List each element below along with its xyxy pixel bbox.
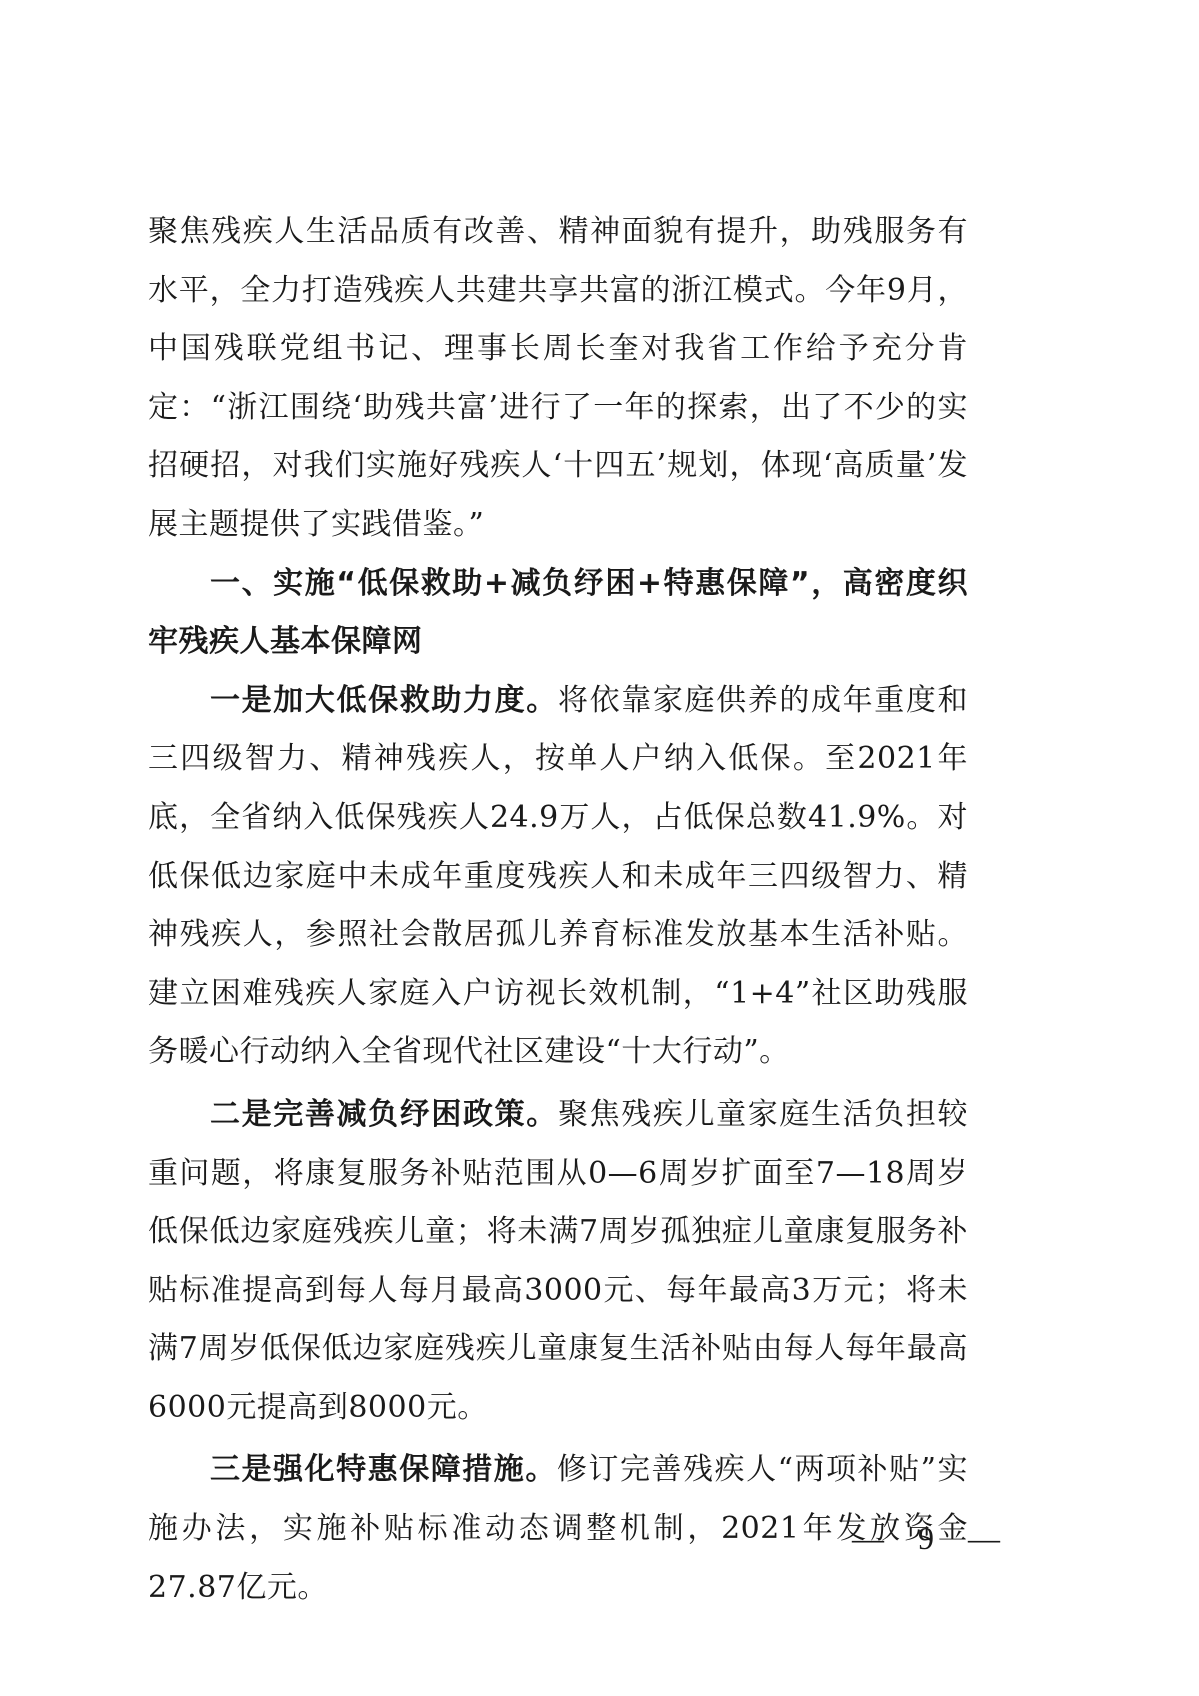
- item-paragraph-2: 二是完善减负纾困政策。聚焦残疾儿童家庭生活负担较重问题，将康复服务补贴范围从0—…: [148, 1086, 968, 1438]
- item-paragraph-3: 三是强化特惠保障措施。修订完善残疾人“两项补贴”实施办法，实施补贴标准动态调整机…: [148, 1441, 968, 1617]
- item-paragraph-1: 一是加大低保救助力度。将依靠家庭供养的成年重度和三四级智力、精神残疾人，按单人户…: [148, 672, 968, 1082]
- section-heading: 一、实施“低保救助+减负纾困+特惠保障”，高密度织牢残疾人基本保障网: [148, 555, 968, 672]
- item-lead-3: 三是强化特惠保障措施。: [210, 1452, 557, 1487]
- item-text-1: 将依靠家庭供养的成年重度和三四级智力、精神残疾人，按单人户纳入低保。至2021年…: [148, 683, 968, 1070]
- heading-text: 一、实施“低保救助+减负纾困+特惠保障”，高密度织牢残疾人基本保障网: [148, 566, 968, 660]
- paragraph-text: 聚焦残疾人生活品质有改善、精神面貌有提升，助残服务有水平，全力打造残疾人共建共享…: [148, 214, 968, 542]
- document-page: 聚焦残疾人生活品质有改善、精神面貌有提升，助残服务有水平，全力打造残疾人共建共享…: [148, 203, 968, 1617]
- item-lead-2: 二是完善减负纾困政策。: [210, 1097, 558, 1132]
- page-number: — 9 —: [852, 1513, 972, 1559]
- item-lead-1: 一是加大低保救助力度。: [210, 683, 558, 718]
- item-text-2: 聚焦残疾儿童家庭生活负担较重问题，将康复服务补贴范围从0—6周岁扩面至7—18周…: [148, 1097, 968, 1425]
- intro-paragraph: 聚焦残疾人生活品质有改善、精神面貌有提升，助残服务有水平，全力打造残疾人共建共享…: [148, 203, 968, 555]
